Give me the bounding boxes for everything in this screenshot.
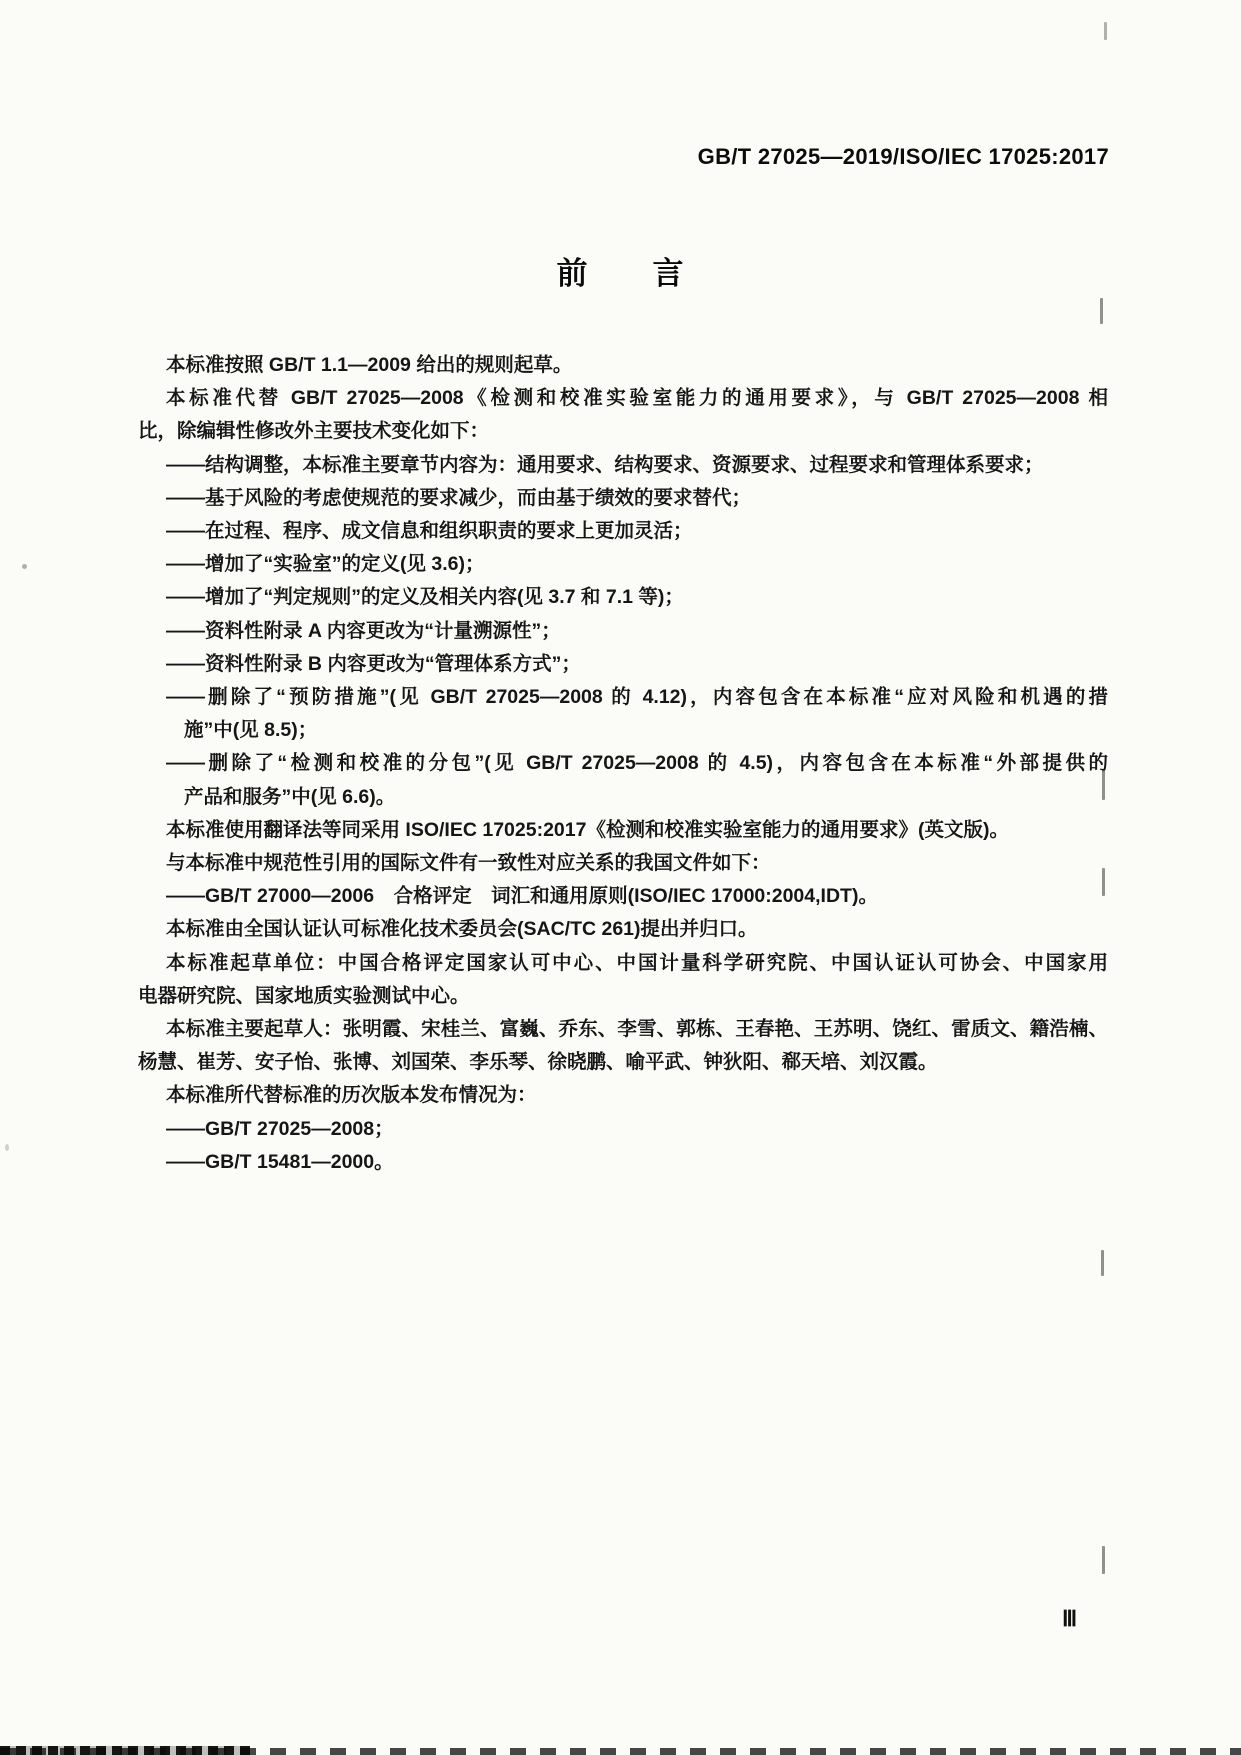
body-line: 施”中(见 8.5)； bbox=[138, 714, 1108, 747]
body-line: ——资料性附录 B 内容更改为“管理体系方式”； bbox=[138, 648, 1108, 681]
body-line: 本标准按照 GB/T 1.1—2009 给出的规则起草。 bbox=[138, 349, 1108, 382]
body-line: 产品和服务”中(见 6.6)。 bbox=[138, 781, 1108, 814]
body-line: 与本标准中规范性引用的国际文件有一致性对应关系的我国文件如下： bbox=[138, 847, 1108, 880]
scan-edge-tick bbox=[1101, 1250, 1104, 1276]
scan-speck bbox=[22, 564, 27, 569]
body-line: 电器研究院、国家地质实验测试中心。 bbox=[138, 980, 1108, 1013]
scan-edge-tick bbox=[1100, 298, 1103, 324]
scan-edge-tick bbox=[1102, 868, 1105, 896]
body-line: ——删除了“检测和校准的分包”(见 GB/T 27025—2008 的 4.5)… bbox=[138, 747, 1108, 780]
body-line: 比，除编辑性修改外主要技术变化如下： bbox=[138, 415, 1108, 448]
scan-edge-tick bbox=[1102, 1546, 1105, 1574]
body-line: ——GB/T 27025—2008； bbox=[138, 1113, 1108, 1146]
body-line: ——在过程、程序、成文信息和组织职责的要求上更加灵活； bbox=[138, 515, 1108, 548]
body-line: ——资料性附录 A 内容更改为“计量溯源性”； bbox=[138, 615, 1108, 648]
scan-edge-tick bbox=[1102, 770, 1105, 800]
body-line: ——增加了“判定规则”的定义及相关内容(见 3.7 和 7.1 等)； bbox=[138, 581, 1108, 614]
body-line: 本标准由全国认证认可标准化技术委员会(SAC/TC 261)提出并归口。 bbox=[138, 913, 1108, 946]
body-line: 本标准起草单位：中国合格评定国家认可中心、中国计量科学研究院、中国认证认可协会、… bbox=[138, 947, 1108, 980]
body-line: ——GB/T 27000—2006 合格评定 词汇和通用原则(ISO/IEC 1… bbox=[138, 880, 1108, 913]
page-title: 前 言 bbox=[0, 248, 1241, 293]
body-line: 杨慧、崔芳、安子怡、张博、刘国荣、李乐琴、徐晓鹏、喻平武、钟狄阳、郗天培、刘汉霞… bbox=[138, 1046, 1108, 1079]
body-line: 本标准使用翻译法等同采用 ISO/IEC 17025:2017《检测和校准实验室… bbox=[138, 814, 1108, 847]
standard-number-header: GB/T 27025—2019/ISO/IEC 17025:2017 bbox=[698, 144, 1109, 170]
scan-speck bbox=[5, 1144, 9, 1151]
body-line: ——GB/T 15481—2000。 bbox=[138, 1146, 1108, 1179]
body-line: 本标准主要起草人：张明霞、宋桂兰、富巍、乔东、李雪、郭栋、王春艳、王苏明、饶红、… bbox=[138, 1013, 1108, 1046]
page-number: Ⅲ bbox=[1062, 1606, 1077, 1632]
scanned-document-page: GB/T 27025—2019/ISO/IEC 17025:2017 前 言 本… bbox=[0, 0, 1241, 1755]
body-line: ——删除了“预防措施”(见 GB/T 27025—2008 的 4.12)，内容… bbox=[138, 681, 1108, 714]
body-text: 本标准按照 GB/T 1.1—2009 给出的规则起草。本标准代替 GB/T 2… bbox=[138, 349, 1108, 1179]
body-line: ——结构调整，本标准主要章节内容为：通用要求、结构要求、资源要求、过程要求和管理… bbox=[138, 449, 1108, 482]
scan-bottom-edge-dark bbox=[0, 1746, 250, 1755]
body-line: 本标准代替 GB/T 27025—2008《检测和校准实验室能力的通用要求》，与… bbox=[138, 382, 1108, 415]
body-line: ——基于风险的考虑使规范的要求减少，而由基于绩效的要求替代； bbox=[138, 482, 1108, 515]
scan-edge-tick bbox=[1104, 22, 1107, 40]
body-line: ——增加了“实验室”的定义(见 3.6)； bbox=[138, 548, 1108, 581]
body-line: 本标准所代替标准的历次版本发布情况为： bbox=[138, 1079, 1108, 1112]
